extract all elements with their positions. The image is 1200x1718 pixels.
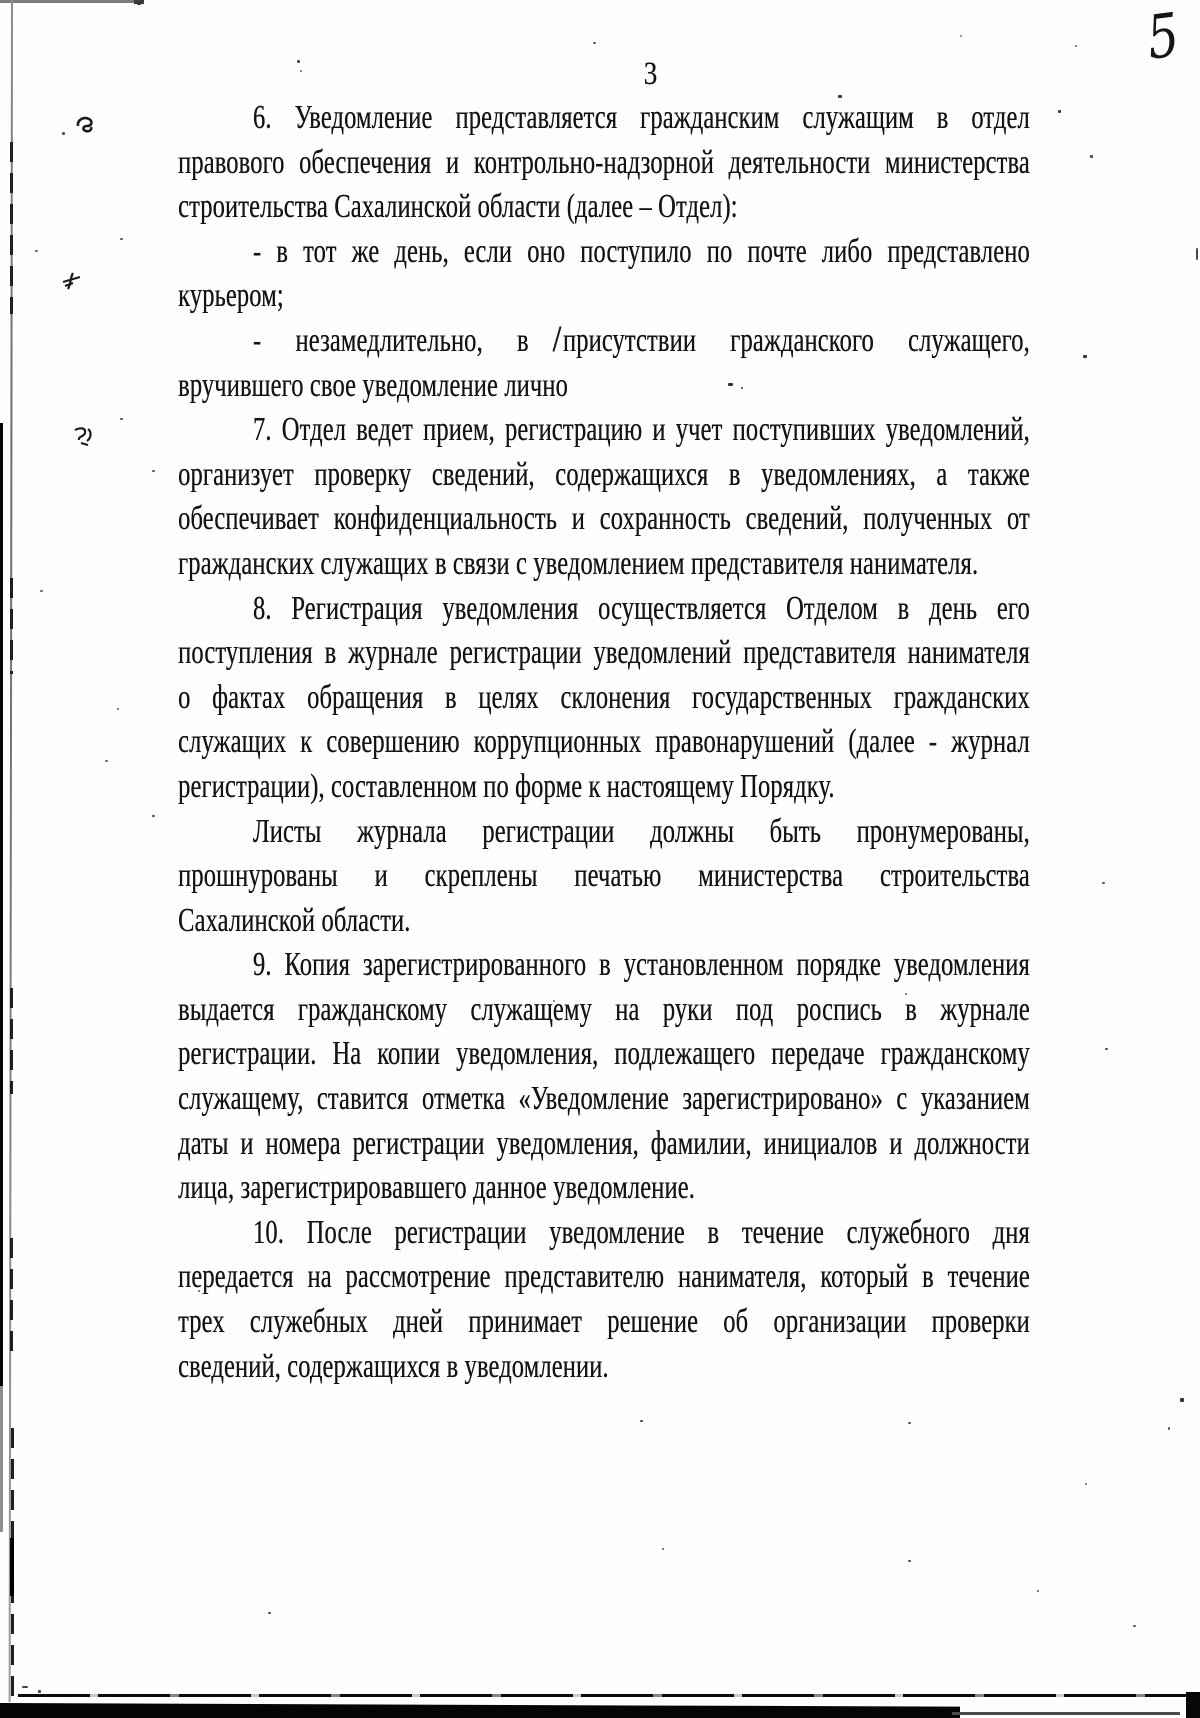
text-line: - незамедлительно, в присутствии граждан… <box>178 319 1030 364</box>
text-line: прошнурованы и скреплены печатью министе… <box>178 854 1030 899</box>
scan-artifact-left-dashes <box>11 1428 14 1696</box>
document-text: 6. Уведомление представляется граждански… <box>178 96 1030 1389</box>
scanned-document-page: 5 3 6. Уведомление представляется гражда… <box>0 0 1200 1718</box>
scan-speck <box>1105 1048 1108 1050</box>
page-number: 3 <box>634 56 667 93</box>
text-line: лица, зарегистрировавшего данное уведомл… <box>178 1166 1030 1211</box>
scan-speck <box>908 1560 911 1562</box>
scan-artifact-bottom-band-extension <box>952 1712 1180 1715</box>
paragraph: Листы журнала регистрации должны быть пр… <box>178 810 1030 944</box>
scan-speck <box>1058 110 1061 113</box>
scan-speck <box>908 1422 911 1424</box>
scan-artifact-left-dashes <box>10 578 13 674</box>
text-line: служащему, ставится отметка «Уведомление… <box>178 1077 1030 1122</box>
scan-speck <box>268 1612 271 1614</box>
text-line: даты и номера регистрации уведомления, ф… <box>178 1122 1030 1167</box>
scan-speck <box>38 1690 41 1693</box>
text-line: курьером; <box>178 274 1030 319</box>
ink-smudge <box>70 424 96 448</box>
text-line: о фактах обращения в целях склонения гос… <box>178 676 1030 721</box>
text-line: Сахалинской области. <box>178 899 1030 944</box>
paragraph: 8. Регистрация уведомления осуществляетс… <box>178 587 1030 810</box>
scan-speck <box>152 470 155 472</box>
scan-speck <box>1083 355 1087 358</box>
scan-artifact-bottom-line <box>18 1694 1196 1697</box>
scan-speck <box>152 815 155 817</box>
scan-speck <box>137 2 141 5</box>
handwritten-page-mark: 5 <box>1143 0 1183 73</box>
scan-speck <box>40 590 43 592</box>
scan-speck <box>960 35 962 37</box>
scan-speck <box>1037 1590 1039 1592</box>
scan-speck <box>120 238 123 240</box>
text-line: трех служебных дней принимает решение об… <box>178 1300 1030 1345</box>
scan-artifact-top-edge-tick <box>134 0 144 4</box>
text-line: обеспечивает конфиденциальность и сохран… <box>178 497 1030 542</box>
paragraph: 7. Отдел ведет прием, регистрацию и учет… <box>178 408 1030 586</box>
scan-speck <box>120 418 123 420</box>
ink-smudge <box>72 112 98 138</box>
text-line: - в тот же день, если оно поступило по п… <box>178 230 1030 275</box>
text-line: Листы журнала регистрации должны быть пр… <box>178 810 1030 855</box>
scan-artifact-bottom-right-corner <box>1186 1692 1200 1718</box>
text-line: поступления в журнале регистрации уведом… <box>178 631 1030 676</box>
scan-speck <box>22 1686 28 1688</box>
text-line: правового обеспечения и контрольно-надзо… <box>178 141 1030 186</box>
scan-speck <box>1180 1398 1184 1402</box>
scan-speck <box>1196 248 1198 260</box>
scan-speck <box>300 70 302 72</box>
scan-speck <box>662 1548 664 1550</box>
paragraph: 9. Копия зарегистрированного в установле… <box>178 943 1030 1211</box>
scan-speck <box>640 1420 643 1422</box>
text-line: гражданских служащих в связи с уведомлен… <box>178 542 1030 587</box>
scan-speck <box>105 760 108 762</box>
scan-artifact-left-bold-dash <box>10 1538 14 1596</box>
scan-artifact-left-dashes <box>10 988 13 1094</box>
paragraph: - незамедлительно, в присутствии граждан… <box>178 319 1030 408</box>
text-line: выдается гражданскому служащему на руки … <box>178 988 1030 1033</box>
scan-speck <box>1133 1625 1136 1627</box>
scan-speck <box>35 250 38 252</box>
scan-speck <box>1102 882 1105 884</box>
paragraph: 10. После регистрации уведомление в тече… <box>178 1211 1030 1389</box>
text-line: 7. Отдел ведет прием, регистрацию и учет… <box>178 408 1030 453</box>
text-line: 6. Уведомление представляется граждански… <box>178 96 1030 141</box>
scan-speck <box>1085 1483 1087 1485</box>
paragraph: 6. Уведомление представляется граждански… <box>178 96 1030 230</box>
text-line: строительства Сахалинской области (далее… <box>178 185 1030 230</box>
scan-speck <box>297 60 300 63</box>
scan-artifact-top-edge-line <box>0 0 134 3</box>
scan-speck <box>1075 45 1077 47</box>
scan-artifact-left-edge-line <box>9 0 13 1702</box>
scan-artifact-left-black-strip <box>0 423 3 1386</box>
text-line: вручившего свое уведомление лично <box>178 364 1030 409</box>
text-line: 8. Регистрация уведомления осуществляетс… <box>178 587 1030 632</box>
text-line: организует проверку сведений, содержащих… <box>178 453 1030 498</box>
scan-artifact-left-dashes <box>10 1238 13 1354</box>
scan-speck <box>117 708 119 710</box>
scan-artifact-left-gray-strip <box>0 1386 3 1532</box>
paragraph: - в тот же день, если оно поступило по п… <box>178 230 1030 319</box>
text-line: регистрации. На копии уведомления, подле… <box>178 1032 1030 1077</box>
text-line: регистрации), составленном по форме к на… <box>178 765 1030 810</box>
text-line: передается на рассмотрение представителю… <box>178 1255 1030 1300</box>
text-line: 9. Копия зарегистрированного в установле… <box>178 943 1030 988</box>
scan-artifact-left-dashes <box>10 142 13 314</box>
text-line: служащих к совершению коррупционных прав… <box>178 720 1030 765</box>
scan-speck <box>1168 1427 1170 1430</box>
scan-speck <box>1090 155 1093 158</box>
text-line: 10. После регистрации уведомление в тече… <box>178 1211 1030 1256</box>
scan-speck <box>62 132 65 135</box>
scan-artifact-bottom-band <box>0 1703 960 1718</box>
text-line: сведений, содержащихся в уведомлении. <box>178 1345 1030 1390</box>
scan-speck <box>593 42 596 44</box>
ink-smudge <box>60 270 84 292</box>
